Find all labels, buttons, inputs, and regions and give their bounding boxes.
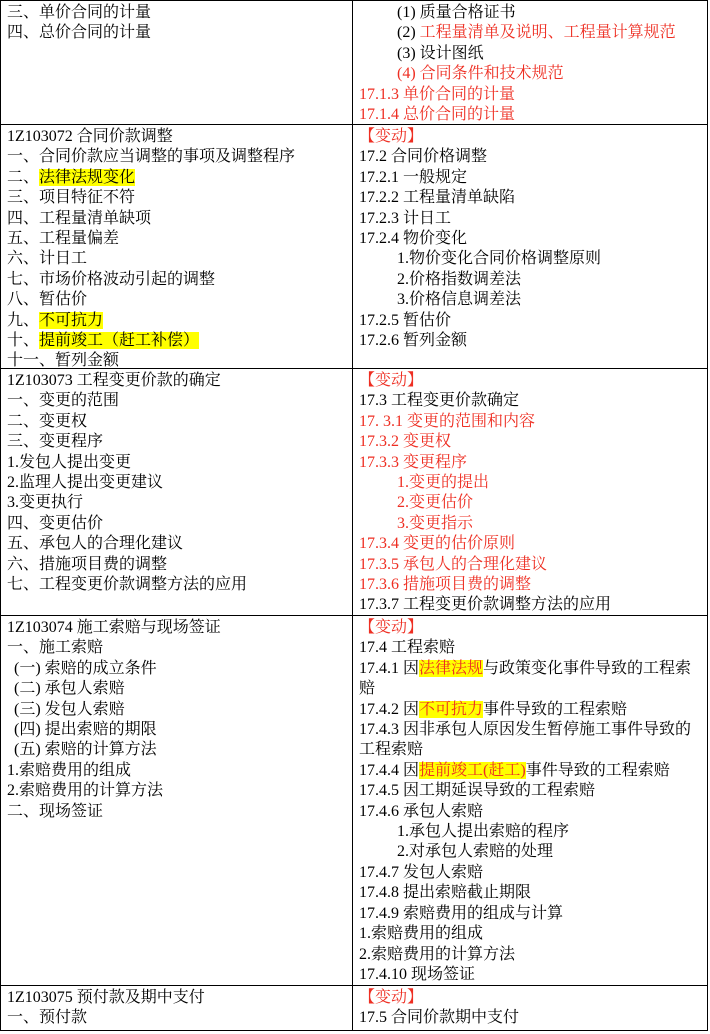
table-row: 1Z103074 施工索赔与现场签证一、施工索赔(一) 索赔的成立条件(二) 承… [1,616,707,986]
outline-line: 17.2.5 暂估价 [359,311,701,331]
text-run: 3.变更指示 [397,515,473,532]
outline-line: 1.物价变化合同价格调整原则 [359,249,701,269]
outline-line: 17.3.3 变更程序 [359,453,701,473]
outline-line: 四、总价合同的计量 [7,23,346,43]
text-run: 2.价格指数调差法 [397,271,521,288]
outline-line: 17.3.4 变更的估价原则 [359,534,701,554]
text-run: 17.4.9 索赔费用的组成与计算 [359,905,563,922]
outline-line: 2.监理人提出变更建议 [7,473,346,493]
text-run: 17.4.4 因 [359,762,419,779]
table-row: 1Z103075 预付款及期中支付一、预付款【变动】17.5 合同价款期中支付 [1,986,707,1030]
text-run: 事件导致的工程索赔 [526,762,670,779]
text-run: 四、变更估价 [7,515,103,532]
outline-line: 2.对承包人索赔的处理 [359,842,701,862]
text-run: 17.4.5 因工期延误导致的工程索赔 [359,782,595,799]
outline-line: 2.索赔费用的计算方法 [7,781,346,801]
new-outline-cell: 【变动】17.3 工程变更价款确定17. 3.1 变更的范围和内容17.3.2 … [353,369,707,615]
text-run: 17.2.5 暂估价 [359,312,451,329]
text-run: 17.1.3 单价合同的计量 [359,86,515,103]
old-outline-cell: 三、单价合同的计量四、总价合同的计量 [1,1,353,124]
outline-line: 17.4.10 现场签证 [359,965,701,985]
text-run: 2.监理人提出变更建议 [7,474,163,491]
text-run: 17. 3.1 变更的范围和内容 [359,413,535,430]
text-run: 17.4.2 因 [359,701,419,718]
outline-line: 三、单价合同的计量 [7,3,346,23]
outline-line: 一、施工索赔 [7,638,346,658]
text-run: 三、项目特征不符 [7,189,135,206]
text-run: (2) [397,24,420,41]
table-row: 1Z103073 工程变更价款的确定一、变更的范围二、变更权三、变更程序1.发包… [1,369,707,616]
outline-line: 五、工程量偏差 [7,229,346,249]
text-run: 二、现场签证 [7,803,103,820]
text-run: 2.索赔费用的计算方法 [7,782,163,799]
outline-line: 17.2.2 工程量清单缺陷 [359,188,701,208]
text-run: 1.发包人提出变更 [7,454,131,471]
outline-line: 17.4.7 发包人索赔 [359,863,701,883]
outline-line: (二) 承包人索赔 [7,679,346,699]
text-run: 1Z103075 预付款及期中支付 [7,989,205,1006]
syllabus-comparison-table: 三、单价合同的计量四、总价合同的计量(1) 质量合格证书(2) 工程量清单及说明… [0,0,708,1031]
text-run: 17.3 工程变更价款确定 [359,392,519,409]
outline-line: 17.3.7 工程变更价款调整方法的应用 [359,595,701,615]
outline-line: 七、市场价格波动引起的调整 [7,270,346,290]
outline-line: 1Z103075 预付款及期中支付 [7,988,346,1008]
text-run: 九、 [7,312,39,329]
text-run: 法律法规变化 [39,169,135,186]
text-run: 17.3.3 变更程序 [359,454,467,471]
text-run: 法律法规 [419,660,483,677]
text-run: 三、变更程序 [7,433,103,450]
outline-line: 17.4.6 承包人索赔 [359,802,701,822]
text-run: 六、计日工 [7,250,87,267]
outline-line: 17.2.6 暂列金额 [359,331,701,351]
outline-line: 17.4.4 因提前竣工(赶工)事件导致的工程索赔 [359,761,701,781]
text-run: 17.4 工程索赔 [359,639,455,656]
outline-line: 六、措施项目费的调整 [7,555,346,575]
outline-line: 3.变更指示 [359,514,701,534]
text-run: 17.3.7 工程变更价款调整方法的应用 [359,596,611,613]
outline-line: 1.索赔费用的组成 [359,924,701,944]
text-run: 1Z103072 合同价款调整 [7,128,173,145]
text-run: 2.变更估价 [397,494,473,511]
text-run: 17.2.1 一般规定 [359,169,467,186]
text-run: 17.1.4 总价合同的计量 [359,106,515,123]
old-outline-cell: 1Z103075 预付款及期中支付一、预付款 [1,986,353,1030]
outline-line: 1.索赔费用的组成 [7,761,346,781]
text-run: 1.承包人提出索赔的程序 [397,823,569,840]
text-run: 不可抗力 [39,312,103,329]
text-run: 1Z103073 工程变更价款的确定 [7,372,221,389]
text-run: (3) 设计图纸 [397,45,484,62]
outline-line: 一、预付款 [7,1008,346,1028]
outline-line: 3.变更执行 [7,493,346,513]
outline-line: 一、合同价款应当调整的事项及调整程序 [7,147,346,167]
outline-line: (三) 发包人索赔 [7,700,346,720]
outline-line: 17.4 工程索赔 [359,638,701,658]
outline-line: 17.4.3 因非承包人原因发生暂停施工事件导致的工程索赔 [359,720,701,761]
text-run: 1.索赔费用的组成 [7,762,131,779]
text-run: (1) 质量合格证书 [397,4,516,21]
outline-line: (五) 索赔的计算方法 [7,740,346,760]
text-run: 17.2.3 计日工 [359,210,451,227]
text-run: (4) 合同条件和技术规范 [397,65,564,82]
text-run: 事件导致的工程索赔 [483,701,627,718]
text-run: 提前竣工(赶工) [419,762,526,779]
text-run: (一) 索赔的成立条件 [14,660,157,677]
text-run: 七、工程变更价款调整方法的应用 [7,576,247,593]
old-outline-cell: 1Z103074 施工索赔与现场签证一、施工索赔(一) 索赔的成立条件(二) 承… [1,616,353,985]
outline-line: 17.3.6 措施项目费的调整 [359,575,701,595]
text-run: 八、暂估价 [7,291,87,308]
outline-line: 九、不可抗力 [7,311,346,331]
outline-line: 17.2.4 物价变化 [359,229,701,249]
outline-line: 十、提前竣工（赶工补偿） [7,331,346,351]
text-run: (三) 发包人索赔 [14,701,125,718]
outline-line: 二、现场签证 [7,802,346,822]
text-run: 六、措施项目费的调整 [7,556,167,573]
text-run: 17.4.10 现场签证 [359,966,475,983]
text-run: 17.3.6 措施项目费的调整 [359,576,531,593]
outline-line: 1Z103074 施工索赔与现场签证 [7,618,346,638]
text-run: 17.4.1 因 [359,660,419,677]
outline-line: (2) 工程量清单及说明、工程量计算规范 [359,23,701,43]
text-run: (五) 索赔的计算方法 [14,741,157,758]
text-run: 1.物价变化合同价格调整原则 [397,250,601,267]
text-run: 1.变更的提出 [397,474,489,491]
outline-line: 十一、暂列金额 [7,351,346,368]
text-run: 一、变更的范围 [7,392,119,409]
outline-line: 3.价格信息调差法 [359,290,701,310]
text-run: 工程量清单及说明、工程量计算规范 [420,24,676,41]
outline-line: 【变动】 [359,988,701,1008]
text-run: 3.变更执行 [7,494,83,511]
outline-line: 17.1.4 总价合同的计量 [359,105,701,124]
text-run: 2.索赔费用的计算方法 [359,946,515,963]
text-run: 17.3.2 变更权 [359,433,451,450]
text-run: 三、单价合同的计量 [7,4,151,21]
text-run: 一、施工索赔 [7,639,103,656]
outline-line: 1Z103073 工程变更价款的确定 [7,371,346,391]
outline-line: 2.价格指数调差法 [359,270,701,290]
text-run: 【变动】 [359,989,423,1006]
outline-line: 2.索赔费用的计算方法 [359,945,701,965]
outline-line: 17.3.5 承包人的合理化建议 [359,555,701,575]
outline-line: 17.1.3 单价合同的计量 [359,85,701,105]
outline-line: 二、变更权 [7,412,346,432]
text-run: 一、合同价款应当调整的事项及调整程序 [7,148,295,165]
text-run: 17.3.4 变更的估价原则 [359,535,515,552]
outline-line: 三、项目特征不符 [7,188,346,208]
outline-line: 17.4.1 因法律法规与政策变化事件导致的工程索赔 [359,659,701,700]
text-run: 五、承包人的合理化建议 [7,535,183,552]
outline-line: 17.2.1 一般规定 [359,168,701,188]
text-run: 17.3.5 承包人的合理化建议 [359,556,547,573]
outline-line: 17. 3.1 变更的范围和内容 [359,412,701,432]
text-run: 17.5 合同价款期中支付 [359,1009,519,1026]
old-outline-cell: 1Z103072 合同价款调整一、合同价款应当调整的事项及调整程序二、法律法规变… [1,125,353,368]
outline-line: 1.发包人提出变更 [7,453,346,473]
old-outline-cell: 1Z103073 工程变更价款的确定一、变更的范围二、变更权三、变更程序1.发包… [1,369,353,615]
outline-line: 17.3.2 变更权 [359,432,701,452]
outline-line: 三、变更程序 [7,432,346,452]
text-run: 七、市场价格波动引起的调整 [7,271,215,288]
outline-line: 17.4.2 因不可抗力事件导致的工程索赔 [359,700,701,720]
outline-line: (3) 设计图纸 [359,44,701,64]
text-run: 不可抗力 [419,701,483,718]
outline-line: (1) 质量合格证书 [359,3,701,23]
outline-line: 1.承包人提出索赔的程序 [359,822,701,842]
outline-line: (四) 提出索赔的期限 [7,720,346,740]
outline-line: 四、工程量清单缺项 [7,209,346,229]
outline-line: 五、承包人的合理化建议 [7,534,346,554]
text-run: 2.对承包人索赔的处理 [397,843,553,860]
outline-line: 2.变更估价 [359,493,701,513]
text-run: 17.2 合同价格调整 [359,148,487,165]
text-run: 17.4.7 发包人索赔 [359,864,483,881]
outline-line: 1Z103072 合同价款调整 [7,127,346,147]
text-run: 1Z103074 施工索赔与现场签证 [7,619,221,636]
outline-line: (一) 索赔的成立条件 [7,659,346,679]
table-row: 1Z103072 合同价款调整一、合同价款应当调整的事项及调整程序二、法律法规变… [1,125,707,369]
text-run: 十一、暂列金额 [7,352,119,368]
outline-line: 二、法律法规变化 [7,168,346,188]
text-run: 3.价格信息调差法 [397,291,521,308]
text-run: 十、 [7,332,39,349]
outline-line: 17.2.3 计日工 [359,209,701,229]
text-run: 一、预付款 [7,1009,87,1026]
outline-line: 17.2 合同价格调整 [359,147,701,167]
outline-line: 17.5 合同价款期中支付 [359,1008,701,1028]
outline-line: 【变动】 [359,371,701,391]
new-outline-cell: 【变动】17.5 合同价款期中支付 [353,986,707,1030]
outline-line: 17.4.9 索赔费用的组成与计算 [359,904,701,924]
outline-line: 17.4.8 提出索赔截止期限 [359,883,701,903]
text-run: 二、变更权 [7,413,87,430]
outline-line: (4) 合同条件和技术规范 [359,64,701,84]
new-outline-cell: (1) 质量合格证书(2) 工程量清单及说明、工程量计算规范(3) 设计图纸(4… [353,1,707,124]
outline-line: 六、计日工 [7,249,346,269]
text-run: 二、 [7,169,39,186]
text-run: 【变动】 [359,619,423,636]
outline-line: 【变动】 [359,618,701,638]
text-run: 【变动】 [359,128,423,145]
text-run: 1.索赔费用的组成 [359,925,483,942]
text-run: 四、工程量清单缺项 [7,210,151,227]
outline-line: 一、变更的范围 [7,391,346,411]
text-run: 17.4.3 因非承包人原因发生暂停施工事件导致的工程索赔 [359,721,691,758]
text-run: 【变动】 [359,372,423,389]
outline-line: 【变动】 [359,127,701,147]
table-row: 三、单价合同的计量四、总价合同的计量(1) 质量合格证书(2) 工程量清单及说明… [1,1,707,125]
text-run: 四、总价合同的计量 [7,24,151,41]
text-run: (四) 提出索赔的期限 [14,721,157,738]
outline-line: 七、工程变更价款调整方法的应用 [7,575,346,595]
outline-line: 1.变更的提出 [359,473,701,493]
document-page: 三、单价合同的计量四、总价合同的计量(1) 质量合格证书(2) 工程量清单及说明… [0,0,710,1034]
text-run: (二) 承包人索赔 [14,680,125,697]
text-run: 五、工程量偏差 [7,230,119,247]
text-run: 17.2.6 暂列金额 [359,332,467,349]
text-run: 17.2.2 工程量清单缺陷 [359,189,515,206]
outline-line: 17.3 工程变更价款确定 [359,391,701,411]
text-run: 提前竣工（赶工补偿） [39,332,199,349]
text-run: 17.4.6 承包人索赔 [359,803,483,820]
outline-line: 四、变更估价 [7,514,346,534]
outline-line: 八、暂估价 [7,290,346,310]
outline-line: 17.4.5 因工期延误导致的工程索赔 [359,781,701,801]
new-outline-cell: 【变动】17.4 工程索赔17.4.1 因法律法规与政策变化事件导致的工程索赔1… [353,616,707,985]
text-run: 17.4.8 提出索赔截止期限 [359,884,531,901]
text-run: 17.2.4 物价变化 [359,230,467,247]
new-outline-cell: 【变动】17.2 合同价格调整17.2.1 一般规定17.2.2 工程量清单缺陷… [353,125,707,368]
